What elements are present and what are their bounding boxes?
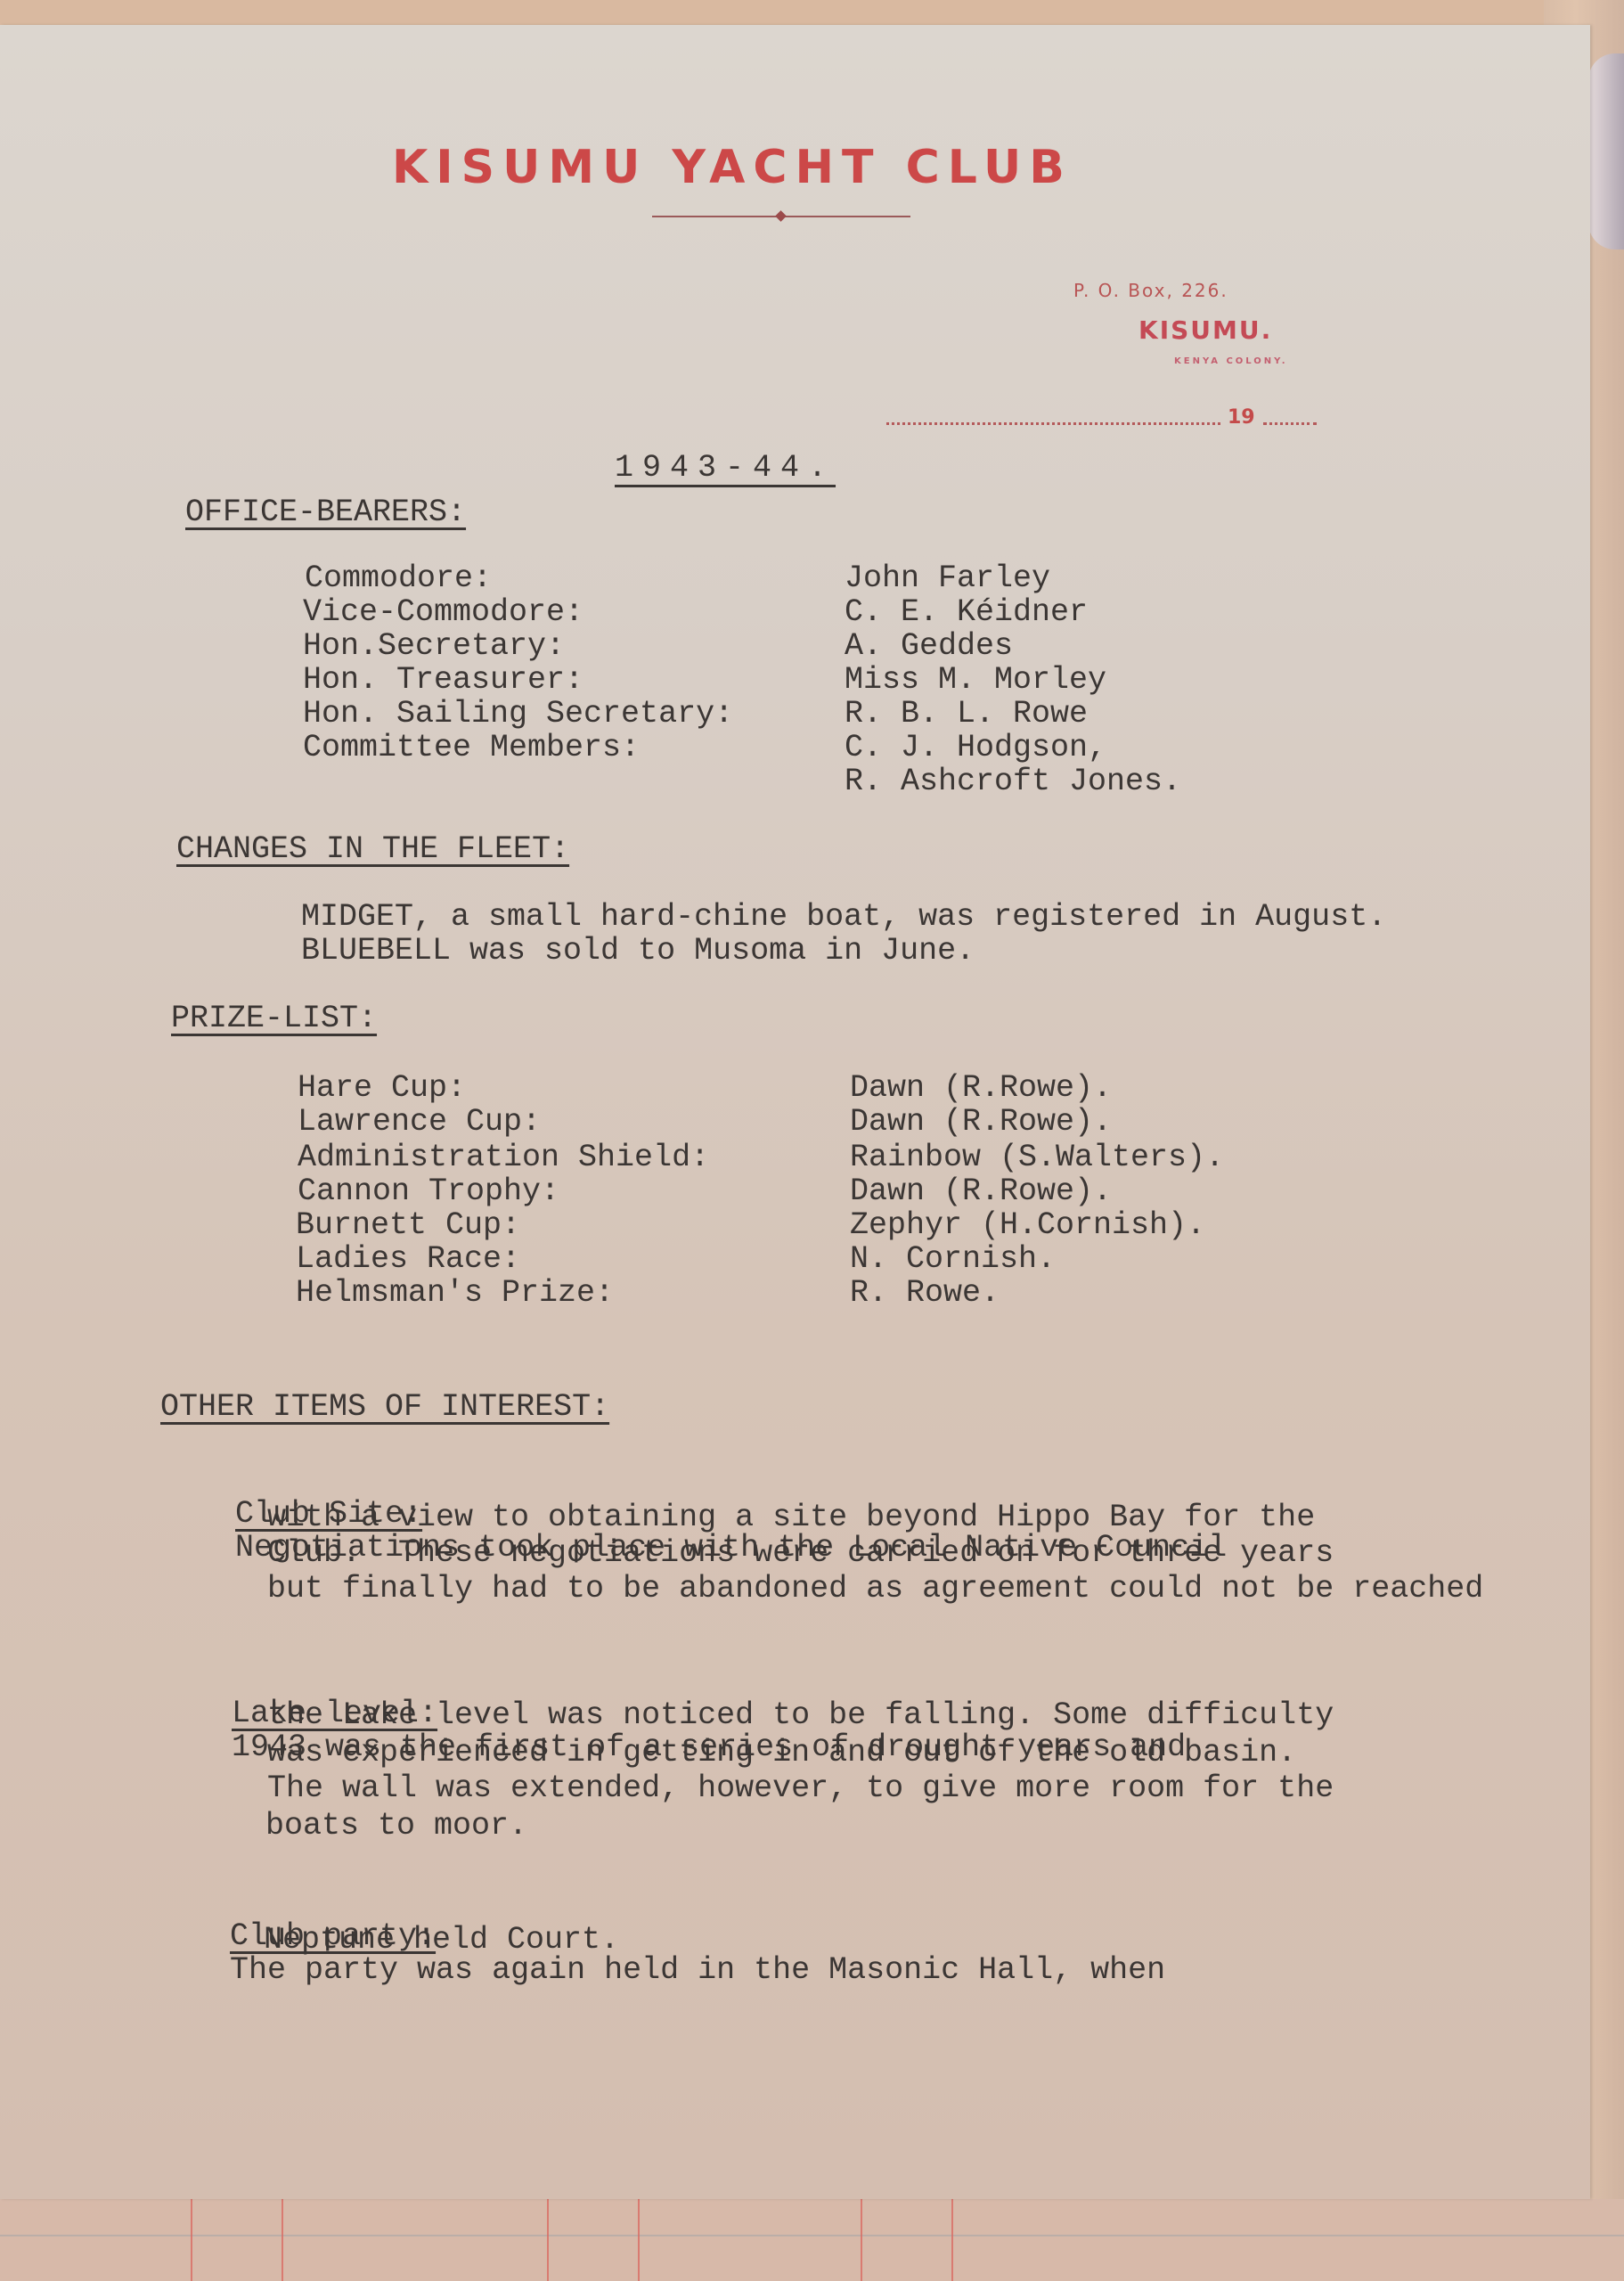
club-name-heading: KISUMU YACHT CLUB — [392, 141, 1073, 194]
prize-winner: Rainbow (S.Walters). — [850, 1140, 1224, 1174]
address-city: KISUMU. — [1138, 315, 1272, 345]
prize-name: Administration Shield: — [298, 1140, 709, 1174]
date-year-prefix: 19 — [1228, 406, 1255, 429]
item-line: the Lake level was noticed to be falling… — [267, 1698, 1334, 1732]
fleet-change-line: BLUEBELL was sold to Musoma in June. — [301, 934, 975, 968]
ledger-red-line — [638, 2199, 640, 2281]
office-name: R. B. L. Rowe — [845, 697, 1088, 731]
prize-name: Cannon Trophy: — [298, 1174, 559, 1208]
fleet-changes-heading: CHANGES IN THE FLEET: — [176, 832, 569, 866]
office-role: Vice-Commodore: — [303, 595, 583, 629]
prize-name: Lawrence Cup: — [298, 1105, 541, 1139]
backdrop-plastic-sleeve — [1588, 53, 1624, 249]
office-name: R. Ashcroft Jones. — [845, 764, 1181, 798]
prize-winner: Zephyr (H.Cornish). — [850, 1208, 1205, 1242]
prize-winner: Dawn (R.Rowe). — [850, 1071, 1112, 1105]
office-name: A. Geddes — [845, 629, 1013, 663]
address-colony: KENYA COLONY. — [1174, 356, 1288, 366]
ledger-red-line — [547, 2199, 549, 2281]
item-line: was experienced in getting in and out of… — [267, 1736, 1296, 1770]
ledger-red-line — [951, 2199, 953, 2281]
ledger-red-line — [861, 2199, 862, 2281]
item-line: boats to moor. — [265, 1809, 527, 1843]
office-role: Commodore: — [305, 561, 492, 595]
office-name: C. E. Kéidner — [845, 595, 1088, 629]
year-heading: 1943-44. — [615, 451, 836, 485]
prize-winner: R. Rowe. — [850, 1276, 1000, 1310]
other-items-heading: OTHER ITEMS OF INTEREST: — [160, 1390, 609, 1424]
date-dotted-line — [886, 410, 1220, 425]
prize-winner: N. Cornish. — [850, 1242, 1056, 1276]
office-name: Miss M. Morley — [845, 663, 1106, 697]
prize-name: Ladies Race: — [296, 1242, 520, 1276]
office-role: Committee Members: — [303, 731, 640, 764]
item-line: The wall was extended, however, to give … — [267, 1771, 1334, 1805]
office-role: Hon. Sailing Secretary: — [303, 697, 733, 731]
fleet-change-line: MIDGET, a small hard-chine boat, was reg… — [301, 900, 1386, 934]
ledger-paper-underneath — [0, 2199, 1624, 2281]
item-line: Neptune held Court. — [264, 1923, 619, 1957]
address-po-box: P. O. Box, 226. — [1073, 280, 1228, 301]
diamond-ornament-icon — [775, 210, 787, 222]
item-line: Club. These negotiations were carried on… — [267, 1536, 1334, 1570]
document-sheet: KISUMU YACHT CLUB P. O. Box, 226. KISUMU… — [0, 25, 1590, 2199]
office-bearers-heading: OFFICE-BEARERS: — [185, 495, 466, 529]
prize-list-heading: PRIZE-LIST: — [171, 1002, 377, 1035]
prize-name: Hare Cup: — [298, 1071, 466, 1105]
office-role: Hon.Secretary: — [303, 629, 565, 663]
ledger-red-line — [282, 2199, 283, 2281]
office-name: C. J. Hodgson, — [845, 731, 1106, 764]
item-first-line: The party was again held in the Masonic … — [230, 1952, 1165, 1988]
item-line: with a view to obtaining a site beyond H… — [267, 1500, 1315, 1534]
prize-winner: Dawn (R.Rowe). — [850, 1174, 1112, 1208]
ledger-red-line — [191, 2199, 192, 2281]
date-dotted-tail — [1263, 410, 1317, 425]
office-role: Hon. Treasurer: — [303, 663, 583, 697]
prize-winner: Dawn (R.Rowe). — [850, 1105, 1112, 1139]
item-line: but finally had to be abandoned as agree… — [267, 1572, 1483, 1606]
ledger-rule — [0, 2235, 1624, 2236]
prize-name: Burnett Cup: — [296, 1208, 520, 1242]
office-name: John Farley — [845, 561, 1050, 595]
prize-name: Helmsman's Prize: — [296, 1276, 614, 1310]
